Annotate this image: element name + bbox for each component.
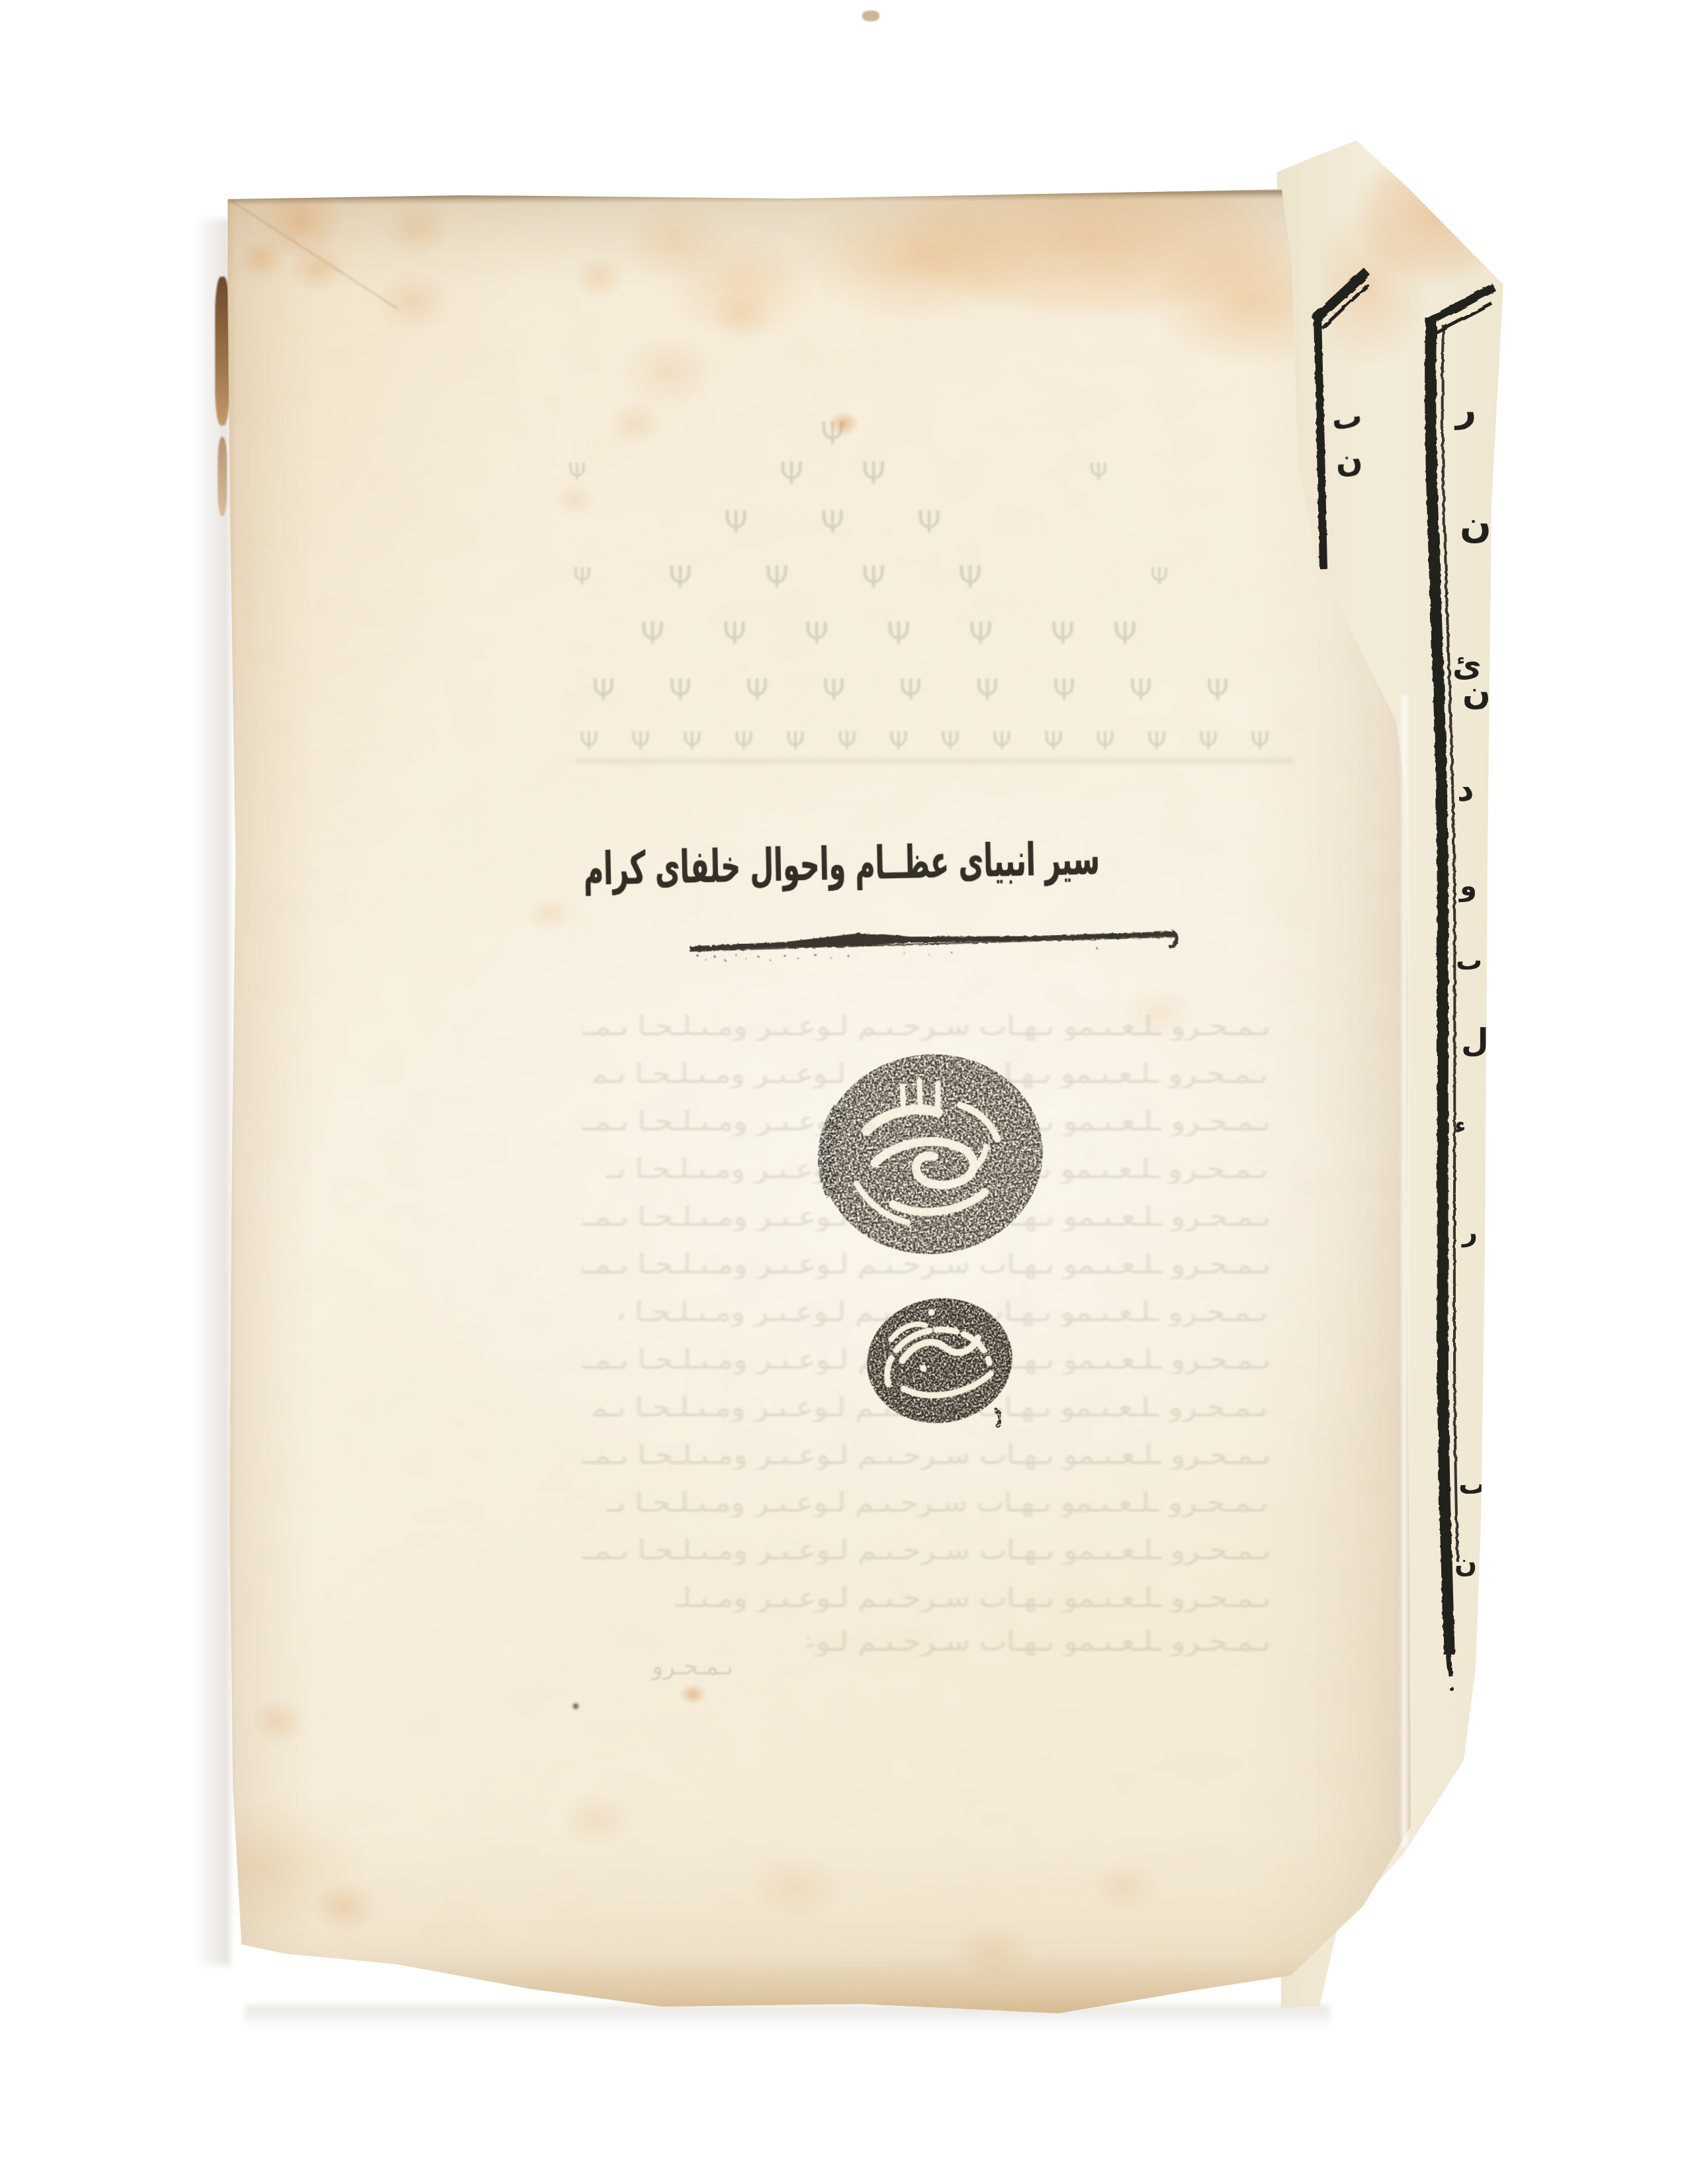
- edge-glyph: ر: [1456, 392, 1476, 428]
- underlying-page-edge: [215, 277, 230, 426]
- title-page: ΨΨΨΨΨΨΨΨΨΨΨΨΨΨΨΨΨΨΨΨΨΨΨΨΨΨΨΨΨΨΨΨΨΨΨΨΨΨΨΨ…: [218, 179, 1411, 2015]
- edge-glyph: ن: [1334, 443, 1364, 477]
- underlying-page-edge-2: [218, 437, 227, 516]
- edge-glyph: ٮ: [1458, 1471, 1486, 1498]
- book-photograph: ٮنرنئندوٮلءرٮن ΨΨΨΨΨΨΨΨΨΨΨΨΨΨΨΨΨΨΨΨΨΨΨΨΨ…: [0, 0, 1694, 2184]
- edge-glyph: ن: [1462, 676, 1491, 709]
- edge-glyph: ٮ: [1456, 948, 1482, 974]
- top-edge-fleck: [862, 11, 879, 21]
- edge-glyph: ر: [1462, 1219, 1478, 1246]
- edge-glyph: ٮ: [1329, 400, 1364, 435]
- page-cast-shadow-bottom: [245, 2005, 1330, 2029]
- edge-glyph: ل: [1461, 1024, 1489, 1056]
- gutter-highlight: [1402, 695, 1407, 1846]
- edge-glyph: د: [1457, 773, 1474, 806]
- paper-vignette: [218, 179, 1411, 2015]
- edge-glyph: ن: [1460, 507, 1492, 544]
- edge-glyph: و: [1460, 872, 1477, 900]
- edge-glyph: ن: [1454, 1550, 1477, 1576]
- edge-glyph: ء: [1454, 1115, 1466, 1137]
